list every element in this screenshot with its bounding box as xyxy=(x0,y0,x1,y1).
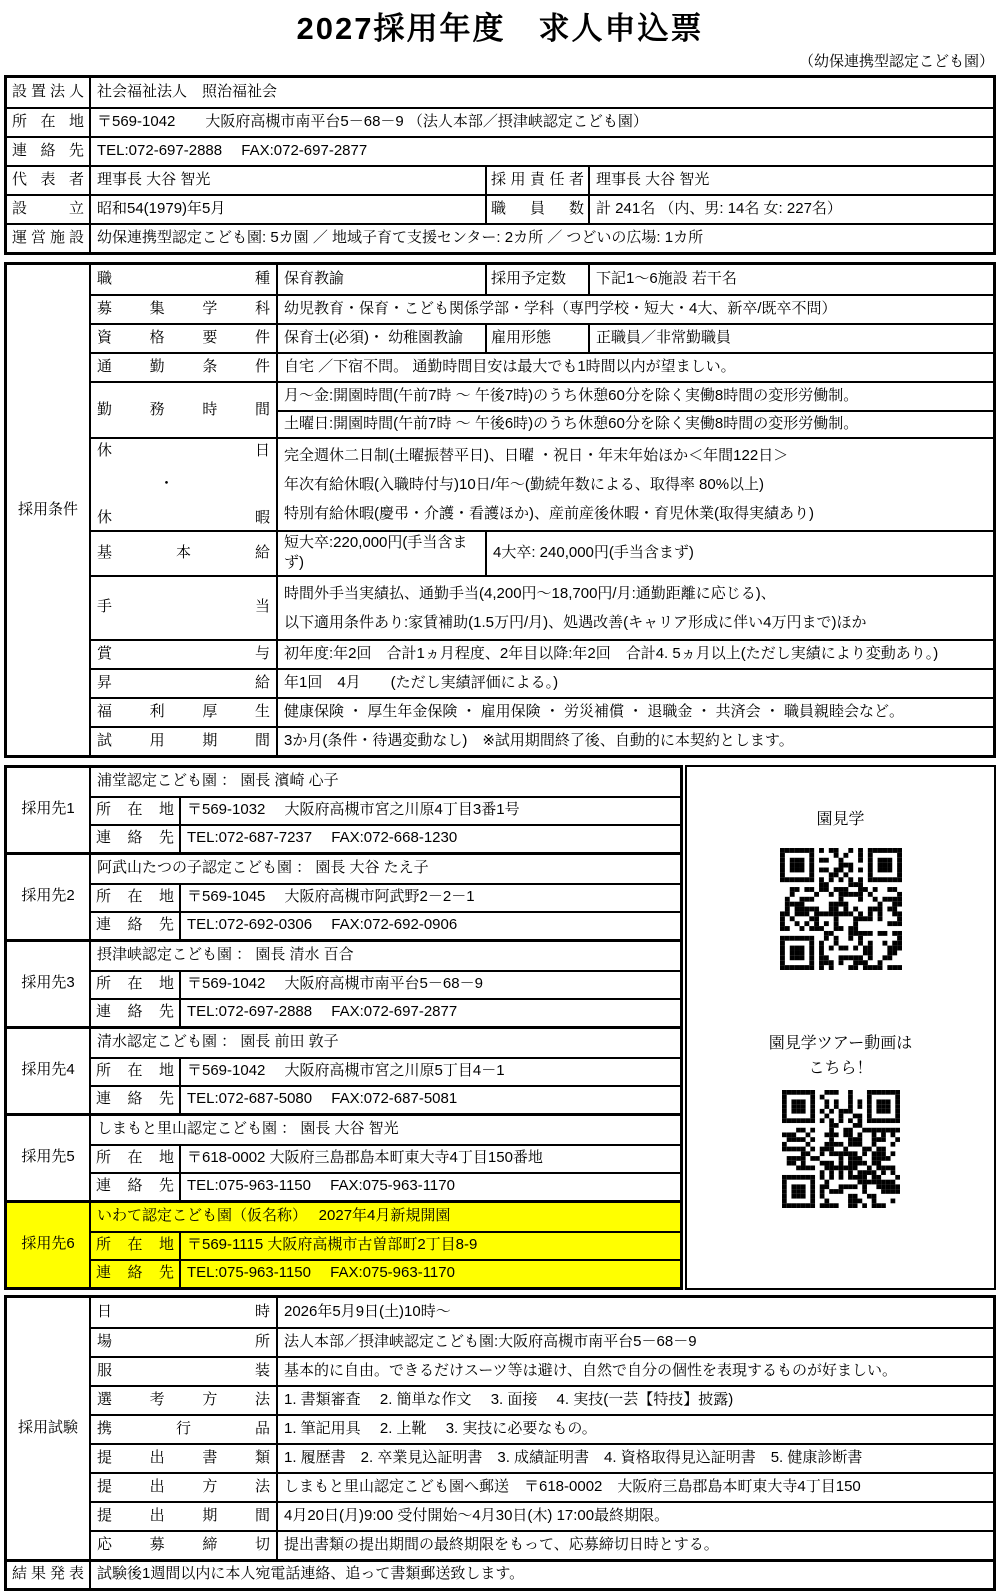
site-3-contact-label: 連絡先 xyxy=(96,1002,174,1022)
exam-row: 提出期間 4月20日(月)9:00 受付開始～4月30日(木) 17:00最終期… xyxy=(91,1501,993,1530)
site-5-address: 〒618-0002 大阪府三島郡島本町東大寺4丁目150番地 xyxy=(181,1146,680,1172)
hiring-site-3: 採用先3 摂津峡認定こども園 ： 園長 清水 百合 所在地 〒569-1042 … xyxy=(7,939,680,1026)
recruitment-form-page: 2027採用年度 求人申込票 （幼保連携型認定こども園） 設置法人 社会福祉法人… xyxy=(0,0,1000,1595)
table-row: 運営施設 幼保連携型認定こども園: 5カ園 ／ 地域子育て支援センター: 2カ所… xyxy=(7,223,993,252)
site-3-address-label: 所在地 xyxy=(96,974,174,994)
site-4-name: 清水認定こども園 ： 園長 前田 敦子 xyxy=(91,1029,680,1057)
founded-label: 設立 xyxy=(12,199,84,219)
holiday-label-top: 休日 xyxy=(97,441,270,461)
exam-row-label: 提出書類 xyxy=(97,1448,270,1468)
qr-code-tour-icon xyxy=(782,1090,900,1208)
bonus-label: 賞与 xyxy=(97,644,270,664)
exam-row: 提出方法 しまもと里山認定こども園へ郵送 〒618-0002 大阪府三島郡島本町… xyxy=(91,1472,993,1501)
exam-row-label: 日時 xyxy=(97,1302,270,1322)
exam-row-value: 1. 履歴書 2. 卒業見込証明書 3. 成績証明書 4. 資格取得見込証明書 … xyxy=(278,1445,993,1472)
visit-info-box: 園見学 園見学ツアー動画は こちら！ xyxy=(685,765,996,1290)
exam-table: 採用試験 日時 2026年5月9日(土)10時～ 場所 法人本部／摂津峡認定こど… xyxy=(4,1295,996,1591)
holiday-label-bottom: 休暇 xyxy=(97,508,270,528)
work-hours-label: 勤務時間 xyxy=(97,400,270,420)
site-5-label: 採用先5 xyxy=(7,1116,91,1200)
table-row: 連絡先 TEL:072-697-2888 FAX:072-697-2877 xyxy=(7,136,993,165)
exam-row-value: 1. 筆記用具 2. 上靴 3. 実技に必要なもの。 xyxy=(278,1416,993,1443)
raise-label: 昇給 xyxy=(97,673,270,693)
hiring-sites-table: 採用先1 浦堂認定こども園 ： 園長 濱崎 心子 所在地 〒569-1032 大… xyxy=(4,765,683,1290)
visit-title: 園見学 xyxy=(816,809,864,831)
table-row: 福利厚生 健康保険 ・ 厚生年金保険 ・ 雇用保険 ・ 労災補償 ・ 退職金 ・… xyxy=(91,697,993,726)
tour-video-line-1: 園見学ツアー動画は xyxy=(769,1032,913,1057)
site-3-contact: TEL:072-697-2888 FAX:072-697-2877 xyxy=(181,1000,680,1026)
work-hours-weekday: 月～金:開園時間(午前7時 ～ 午後7時)のうち休憩60分を除く実働8時間の変形… xyxy=(278,383,993,410)
representative-label: 代表者 xyxy=(12,170,84,190)
job-type-label: 職種 xyxy=(97,269,270,289)
exam-row-value: しまもと里山認定こども園へ郵送 〒618-0002 大阪府三島郡島本町東大寺4丁… xyxy=(278,1474,993,1501)
page-title: 2027採用年度 求人申込票 xyxy=(4,6,996,50)
staff-count-value: 計 241名 （内、男: 14名 女: 227名） xyxy=(590,196,993,223)
exam-section-label: 採用試験 xyxy=(7,1298,91,1559)
site-5-name: しまもと里山認定こども園 ： 園長 大谷 智光 xyxy=(91,1116,680,1144)
table-row: 手当 時間外手当実績払、通勤手当(4,200円～18,700円/月:通勤距離に応… xyxy=(91,575,993,639)
holiday-line-2: 年次有給休暇(入職時付与)10日/年～(勤続年数による、取得率 80%以上) xyxy=(284,470,987,499)
facilities-label: 運営施設 xyxy=(12,228,84,248)
site-2-address: 〒569-1045 大阪府高槻市阿武野2－2－1 xyxy=(181,885,680,911)
site-1-address: 〒569-1032 大阪府高槻市宮之川原4丁目3番1号 xyxy=(181,798,680,824)
site-4-contact-label: 連絡先 xyxy=(96,1089,174,1109)
exam-row-label: 提出方法 xyxy=(97,1477,270,1497)
table-row: 通勤条件 自宅 ／下宿不問。 通勤時間目安は最大でも1時間以内が望ましい。 xyxy=(91,352,993,381)
allowance-line-1: 時間外手当実績払、通勤手当(4,200円～18,700円/月:通勤距離に応じる)… xyxy=(284,579,987,608)
table-row: 募集学科 幼児教育・保育・こども関係学部・学科（専門学校・短大・4大、新卒/既卒… xyxy=(91,294,993,323)
exam-row: 選考方法 1. 書類審査 2. 簡単な作文 3. 面接 4. 実技(一芸【特技】… xyxy=(91,1385,993,1414)
org-address-label: 所在地 xyxy=(12,112,84,132)
bonus-value: 初年度:年2回 合計1ヵ月程度、2年目以降:年2回 合計4. 5ヵ月以上(ただし… xyxy=(278,641,993,668)
tour-video-line-2: こちら！ xyxy=(769,1057,913,1082)
site-3-address: 〒569-1042 大阪府高槻市南平台5－68－9 xyxy=(181,972,680,998)
exam-row: 応募締切 提出書類の提出期間の最終期限をもって、応募締切日時とする。 xyxy=(91,1530,993,1559)
conditions-table: 採用条件 職種 保育教諭 採用予定数 下記1～6施設 若干名 募集学科 幼児教育… xyxy=(4,262,996,758)
exam-row-value: 提出書類の提出期間の最終期限をもって、応募締切日時とする。 xyxy=(278,1532,993,1559)
hiring-site-1: 採用先1 浦堂認定こども園 ： 園長 濱崎 心子 所在地 〒569-1032 大… xyxy=(7,768,680,852)
qualifications-label: 資格要件 xyxy=(97,328,270,348)
table-row: 基本給 短大卒:220,000円(手当含まず) 4大卒: 240,000円(手当… xyxy=(91,530,993,575)
departments-value: 幼児教育・保育・こども関係学部・学科（専門学校・短大・4大、新卒/既卒不問） xyxy=(278,296,993,323)
page-subtitle: （幼保連携型認定こども園） xyxy=(4,50,996,75)
site-5-contact: TEL:075-963-1150 FAX:075-963-1170 xyxy=(181,1174,680,1200)
site-2-label: 採用先2 xyxy=(7,855,91,939)
base-salary-junior-college: 短大卒:220,000円(手当含まず) xyxy=(278,532,487,575)
site-2-contact: TEL:072-692-0306 FAX:072-692-0906 xyxy=(181,913,680,939)
exam-row-value: 2026年5月9日(土)10時～ xyxy=(278,1298,993,1327)
exam-row-value: 法人本部／摂津峡認定こども園:大阪府高槻市南平台5－68－9 xyxy=(278,1329,993,1356)
table-row: 試用期間 3か月(条件・待遇変動なし) ※試用期間終了後、自動的に本契約とします… xyxy=(91,726,993,755)
site-3-label: 採用先3 xyxy=(7,942,91,1026)
site-4-address-label: 所在地 xyxy=(96,1061,174,1081)
base-salary-university: 4大卒: 240,000円(手当含まず) xyxy=(487,532,993,575)
result-announcement-row: 結果発表 試験後1週間以内に本人宛電話連絡、追って書類郵送致します。 xyxy=(7,1559,993,1588)
table-row: 賞与 初年度:年2回 合計1ヵ月程度、2年目以降:年2回 合計4. 5ヵ月以上(… xyxy=(91,639,993,668)
hiring-site-5: 採用先5 しまもと里山認定こども園 ： 園長 大谷 智光 所在地 〒618-00… xyxy=(7,1113,680,1200)
exam-row-label: 服装 xyxy=(97,1361,270,1381)
conditions-section-label: 採用条件 xyxy=(7,265,91,755)
allowance-label: 手当 xyxy=(97,597,270,617)
hiring-site-6: 採用先6 いわて認定こども園（仮名称） 2027年4月新規開園 所在地 〒569… xyxy=(7,1200,680,1287)
welfare-value: 健康保険 ・ 厚生年金保険 ・ 雇用保険 ・ 労災補償 ・ 退職金 ・ 共済会 … xyxy=(278,699,993,726)
hiring-site-2: 採用先2 阿武山たつの子認定こども園 ： 園長 大谷 たえ子 所在地 〒569-… xyxy=(7,852,680,939)
site-1-name: 浦堂認定こども園 ： 園長 濱崎 心子 xyxy=(91,768,680,796)
organization-table: 設置法人 社会福祉法人 照治福祉会 所在地 〒569-1042 大阪府高槻市南平… xyxy=(4,75,996,255)
org-address-value: 〒569-1042 大阪府高槻市南平台5－68－9 （法人本部／摂津峡認定こども… xyxy=(91,109,993,136)
probation-value: 3か月(条件・待遇変動なし) ※試用期間終了後、自動的に本契約とします。 xyxy=(278,728,993,755)
commute-value: 自宅 ／下宿不問。 通勤時間目安は最大でも1時間以内が望ましい。 xyxy=(278,354,993,381)
site-4-label: 採用先4 xyxy=(7,1029,91,1113)
welfare-label: 福利厚生 xyxy=(97,702,270,722)
exam-row-value: 1. 書類審査 2. 簡単な作文 3. 面接 4. 実技(一芸【特技】披露) xyxy=(278,1387,993,1414)
result-label: 結果発表 xyxy=(12,1564,84,1584)
departments-label: 募集学科 xyxy=(97,299,270,319)
facilities-value: 幼保連携型認定こども園: 5カ園 ／ 地域子育て支援センター: 2カ所 ／ つど… xyxy=(91,225,993,252)
site-2-contact-label: 連絡先 xyxy=(96,915,174,935)
hiring-site-4: 採用先4 清水認定こども園 ： 園長 前田 敦子 所在地 〒569-1042 大… xyxy=(7,1026,680,1113)
exam-row: 提出書類 1. 履歴書 2. 卒業見込証明書 3. 成績証明書 4. 資格取得見… xyxy=(91,1443,993,1472)
site-6-label: 採用先6 xyxy=(7,1203,91,1287)
result-value: 試験後1週間以内に本人宛電話連絡、追って書類郵送致します。 xyxy=(91,1562,993,1588)
site-5-contact-label: 連絡先 xyxy=(96,1176,174,1196)
exam-row: 服装 基本的に自由。できるだけスーツ等は避け、自然で自分の個性を表現するものが好… xyxy=(91,1356,993,1385)
site-1-label: 採用先1 xyxy=(7,768,91,852)
site-1-contact: TEL:072-687-7237 FAX:072-668-1230 xyxy=(181,826,680,852)
site-3-name: 摂津峡認定こども園 ： 園長 清水 百合 xyxy=(91,942,680,970)
exam-row-label: 提出期間 xyxy=(97,1506,270,1526)
founder-label: 設置法人 xyxy=(12,82,84,102)
qualifications-value: 保育士(必須)・ 幼稚園教諭 xyxy=(278,325,487,352)
raise-value: 年1回 4月 (ただし実績評価による。) xyxy=(278,670,993,697)
site-6-contact-label: 連絡先 xyxy=(96,1263,174,1283)
planned-count-value: 下記1～6施設 若干名 xyxy=(590,265,993,294)
planned-count-label: 採用予定数 xyxy=(491,269,566,289)
recruit-manager-value: 理事長 大谷 智光 xyxy=(590,167,993,194)
site-1-address-label: 所在地 xyxy=(96,800,174,820)
org-contact-value: TEL:072-697-2888 FAX:072-697-2877 xyxy=(91,138,993,165)
exam-row-value: 基本的に自由。できるだけスーツ等は避け、自然で自分の個性を表現するものが好ましい… xyxy=(278,1358,993,1385)
table-row: 所在地 〒569-1042 大阪府高槻市南平台5－68－9 （法人本部／摂津峡認… xyxy=(7,107,993,136)
holiday-line-3: 特別有給休暇(慶弔・介護・看護ほか)、産前産後休暇・育児休業(取得実績あり) xyxy=(284,499,987,528)
site-1-contact-label: 連絡先 xyxy=(96,828,174,848)
exam-row-label: 場所 xyxy=(97,1332,270,1352)
table-row: 設立 昭和54(1979)年5月 職員数 計 241名 （内、男: 14名 女:… xyxy=(7,194,993,223)
site-6-contact: TEL:075-963-1150 FAX:075-963-1170 xyxy=(181,1261,680,1287)
founder-value: 社会福祉法人 照治福祉会 xyxy=(91,78,993,107)
table-row: 設置法人 社会福祉法人 照治福祉会 xyxy=(7,78,993,107)
employment-type-label: 雇用形態 xyxy=(491,328,551,348)
holiday-label-middle: ・ xyxy=(97,474,270,494)
recruit-manager-label: 採用責任者 xyxy=(491,170,584,190)
exam-row: 携行品 1. 筆記用具 2. 上靴 3. 実技に必要なもの。 xyxy=(91,1414,993,1443)
exam-row-value: 4月20日(月)9:00 受付開始～4月30日(木) 17:00最終期限。 xyxy=(278,1503,993,1530)
base-salary-label: 基本給 xyxy=(97,543,270,563)
site-6-address: 〒569-1115 大阪府高槻市古曽部町2丁目8-9 xyxy=(181,1233,680,1259)
staff-count-label: 職員数 xyxy=(491,199,584,219)
representative-value: 理事長 大谷 智光 xyxy=(91,167,487,194)
job-type-value: 保育教諭 xyxy=(278,265,487,294)
table-row: 職種 保育教諭 採用予定数 下記1～6施設 若干名 xyxy=(91,265,993,294)
site-6-address-label: 所在地 xyxy=(96,1235,174,1255)
site-4-address: 〒569-1042 大阪府高槻市宮之川原5丁目4－1 xyxy=(181,1059,680,1085)
site-4-contact: TEL:072-687-5080 FAX:072-687-5081 xyxy=(181,1087,680,1113)
work-hours-saturday: 土曜日:開園時間(午前7時 ～ 午後6時)のうち休憩60分を除く実働8時間の変形… xyxy=(278,410,993,437)
table-row: 勤務時間 月～金:開園時間(午前7時 ～ 午後7時)のうち休憩60分を除く実働8… xyxy=(91,381,993,437)
exam-row-label: 携行品 xyxy=(97,1419,270,1439)
table-row: 資格要件 保育士(必須)・ 幼稚園教諭 雇用形態 正職員／非常勤職員 xyxy=(91,323,993,352)
employment-type-value: 正職員／非常勤職員 xyxy=(590,325,993,352)
holiday-line-1: 完全週休二日制(土曜振替平日)、日曜 ・祝日・年末年始ほか＜年間122日＞ xyxy=(284,441,987,470)
exam-row-label: 選考方法 xyxy=(97,1390,270,1410)
org-contact-label: 連絡先 xyxy=(12,141,84,161)
allowance-line-2: 以下適用条件あり:家賃補助(1.5万円/月)、処遇改善(キャリア形成に伴い4万円… xyxy=(284,608,987,637)
commute-label: 通勤条件 xyxy=(97,357,270,377)
exam-row: 場所 法人本部／摂津峡認定こども園:大阪府高槻市南平台5－68－9 xyxy=(91,1327,993,1356)
qr-code-visit-icon xyxy=(780,848,902,970)
table-row: 代表者 理事長 大谷 智光 採用責任者 理事長 大谷 智光 xyxy=(7,165,993,194)
table-row: 休日 ・ 休暇 完全週休二日制(土曜振替平日)、日曜 ・祝日・年末年始ほか＜年間… xyxy=(91,437,993,530)
site-2-address-label: 所在地 xyxy=(96,887,174,907)
probation-label: 試用期間 xyxy=(97,731,270,751)
site-2-name: 阿武山たつの子認定こども園 ： 園長 大谷 たえ子 xyxy=(91,855,680,883)
founded-value: 昭和54(1979)年5月 xyxy=(91,196,487,223)
exam-row: 日時 2026年5月9日(土)10時～ xyxy=(91,1298,993,1327)
exam-row-label: 応募締切 xyxy=(97,1535,270,1555)
table-row: 昇給 年1回 4月 (ただし実績評価による。) xyxy=(91,668,993,697)
site-5-address-label: 所在地 xyxy=(96,1148,174,1168)
site-6-name: いわて認定こども園（仮名称） 2027年4月新規開園 xyxy=(91,1203,680,1231)
